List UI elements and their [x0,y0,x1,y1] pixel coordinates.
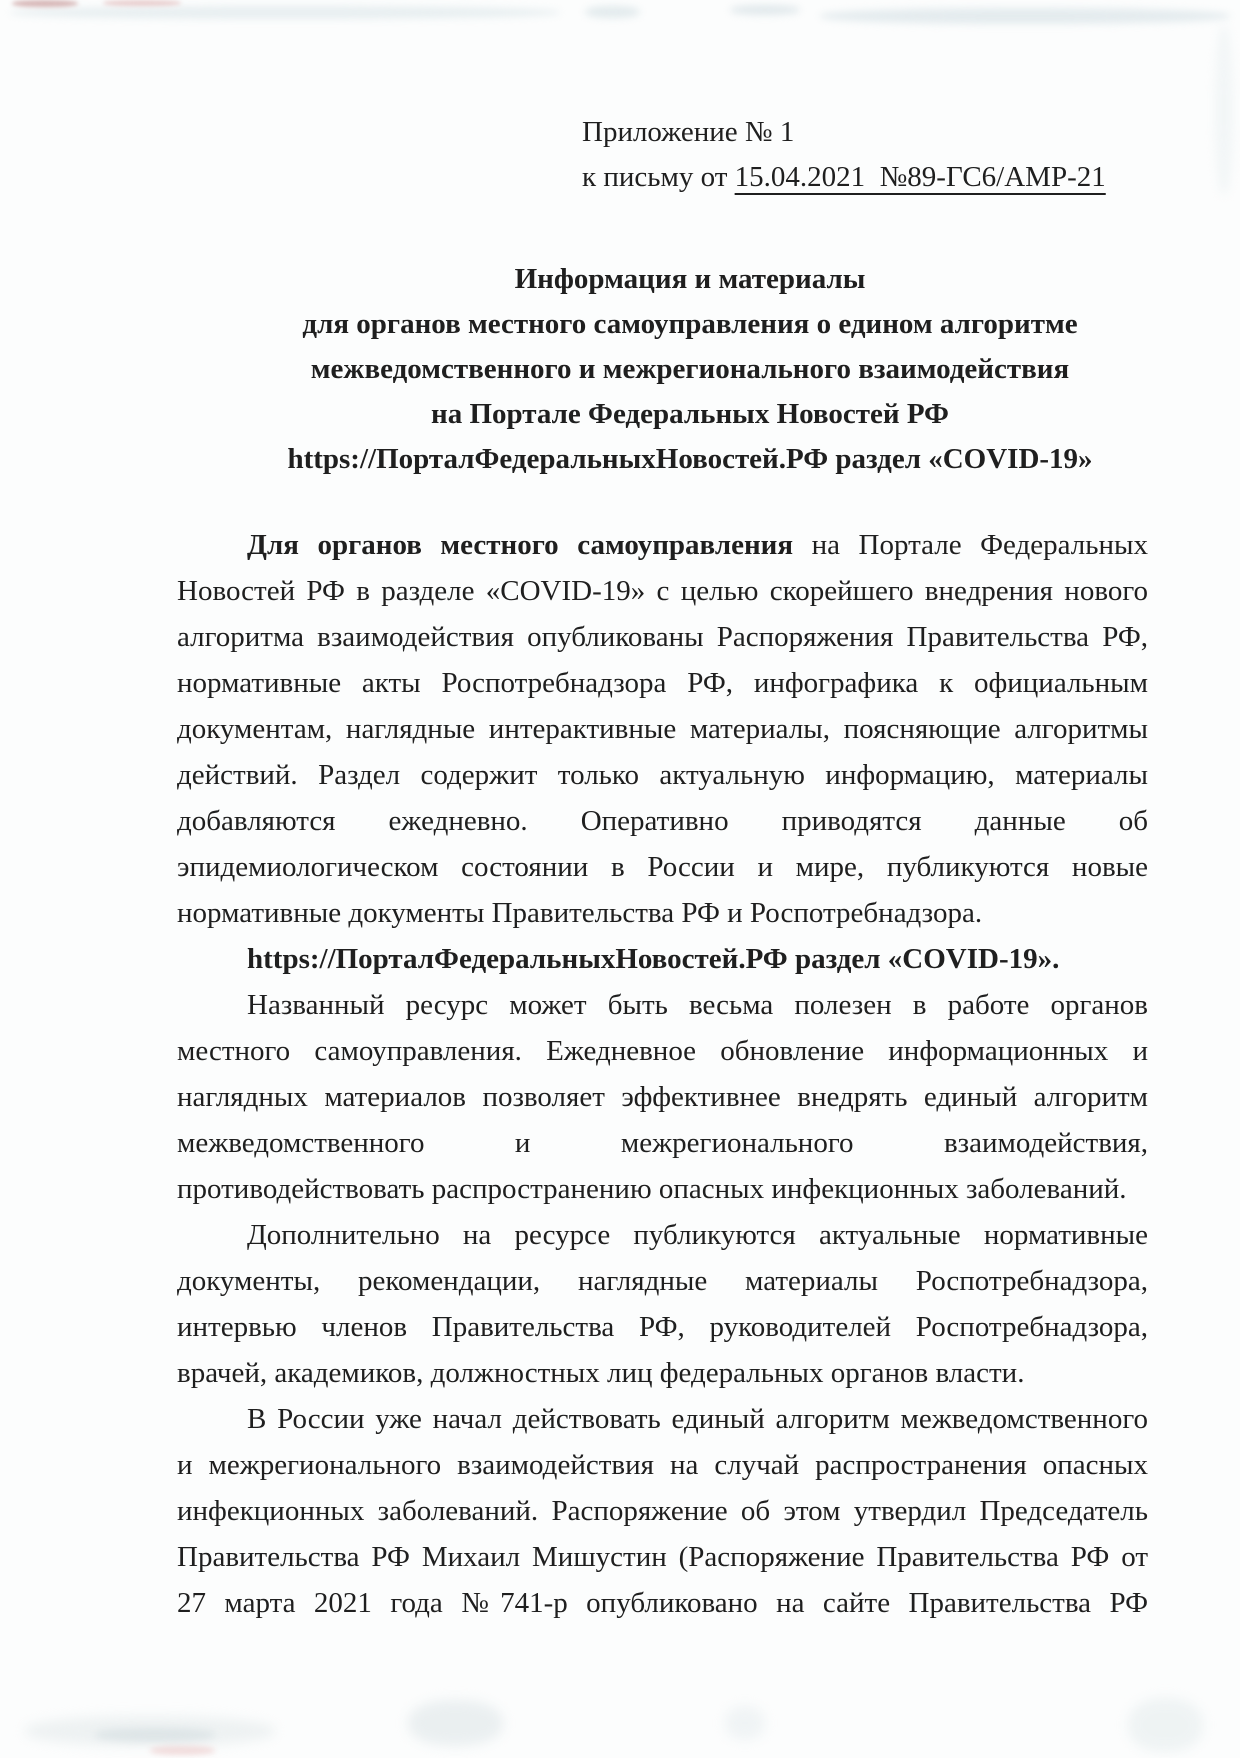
body-line: В России уже начал действовать единый ал… [177,1396,1148,1442]
paragraph: Названный ресурс может быть весьма полез… [177,982,1148,1212]
scan-artifact [25,1716,275,1746]
scan-artifact [95,1728,215,1742]
body-line: Новостей РФ в разделе «COVID-19» с целью… [177,568,1148,614]
document-body: Для органов местного самоуправления на П… [177,522,1148,1626]
body-line: Для органов местного самоуправления на П… [177,522,1148,568]
scan-artifact [12,0,78,7]
letter-reference-line: к письму от 15.04.2021 №89-ГС6/АМР-21 [582,155,1106,200]
paragraph: Для органов местного самоуправления на П… [177,522,1148,936]
body-line: документам, наглядные интерактивные мате… [177,706,1148,752]
body-line: 27 марта 2021 года №741-р опубликовано н… [177,1580,1148,1626]
body-line: местного самоуправления. Ежедневное обно… [177,1028,1148,1074]
appendix-block: Приложение № 1 к письму от 15.04.2021 №8… [582,110,1106,200]
body-line: и межрегионального взаимодействия на слу… [177,1442,1148,1488]
body-line: алгоритма взаимодействия опубликованы Ра… [177,614,1148,660]
body-line: интервью членов Правительства РФ, руково… [177,1304,1148,1350]
title-line: на Портале Федеральных Новостей РФ [232,392,1148,437]
title-line: Информация и материалы [232,257,1148,302]
scanned-document-page: Приложение № 1 к письму от 15.04.2021 №8… [0,0,1240,1758]
paragraph: Дополнительно на ресурсе публикуются акт… [177,1212,1148,1396]
body-line: нормативные акты Роспотребнадзора РФ, ин… [177,660,1148,706]
scan-artifact [150,1746,215,1755]
body-line: Названный ресурс может быть весьма полез… [177,982,1148,1028]
title-line: для органов местного самоуправления о ед… [232,302,1148,347]
body-line: инфекционных заболеваний. Распоряжение о… [177,1488,1148,1534]
title-line: межведомственного и межрегионального вза… [232,347,1148,392]
body-line: Правительства РФ Михаил Мишустин (Распор… [177,1534,1148,1580]
body-line: наглядных материалов позволяет эффективн… [177,1074,1148,1120]
paragraph-bold-lead: Для органов местного самоуправления [247,529,793,561]
body-line: Дополнительно на ресурсе публикуются акт… [177,1212,1148,1258]
scan-artifact [585,6,640,18]
paragraph: В России уже начал действовать единый ал… [177,1396,1148,1626]
body-line: документы, рекомендации, наглядные матер… [177,1258,1148,1304]
scan-artifact [725,1706,765,1740]
scan-artifact [1128,1698,1203,1752]
body-line: нормативные документы Правительства РФ и… [177,890,1148,936]
appendix-number-line: Приложение № 1 [582,110,1106,155]
body-line: добавляются ежедневно. Оперативно привод… [177,798,1148,844]
body-line: межведомственного и межрегионального вза… [177,1120,1148,1166]
letter-reference-underlined: 15.04.2021 №89-ГС6/АМР-21 [735,161,1106,193]
scan-artifact [408,1700,503,1746]
body-line: врачей, академиков, должностных лиц феде… [177,1350,1148,1396]
letter-reference-prefix: к письму от [582,161,735,193]
scan-artifact [10,6,560,19]
portal-url-line: https://ПорталФедеральныхНовостей.РФ раз… [177,936,1148,982]
document-title: Информация и материалы для органов местн… [177,257,1148,482]
body-line: противодействовать распространению опасн… [177,1166,1148,1212]
scan-artifact [103,0,181,6]
scan-artifact [730,5,800,15]
body-line-text: на Портале Федеральных [812,529,1148,561]
title-portal-url-line: https://ПорталФедеральныхНовостей.РФ раз… [232,437,1148,482]
body-line: действий. Раздел содержит только актуаль… [177,752,1148,798]
scan-artifact [820,8,1230,24]
scan-artifact [1215,25,1233,195]
body-line: эпидемиологическом состоянии в России и … [177,844,1148,890]
